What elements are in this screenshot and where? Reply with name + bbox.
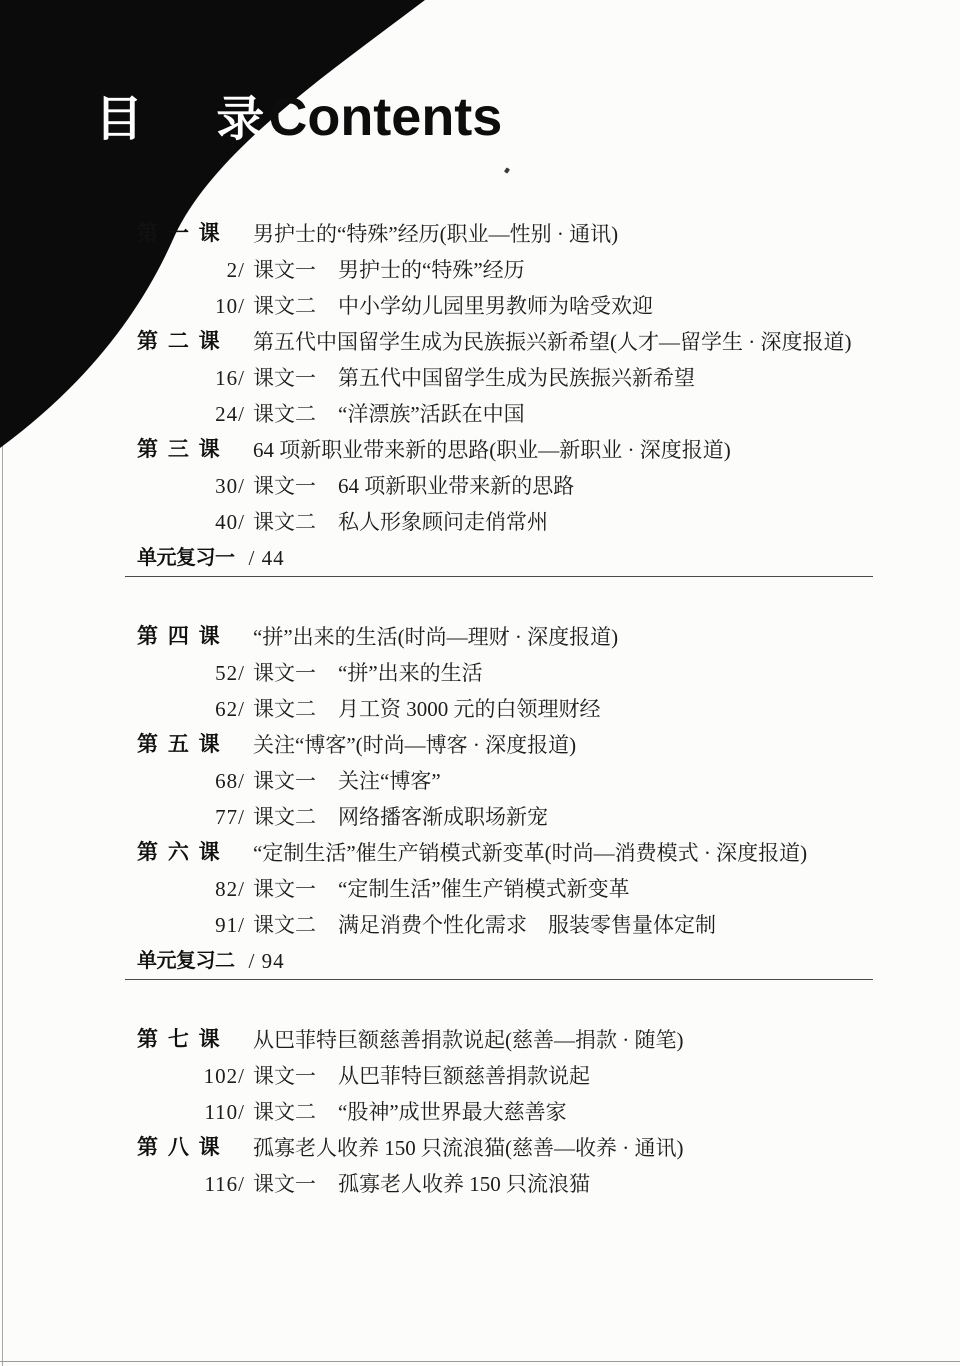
lesson-title: 第五代中国留学生成为民族振兴新希望(人才—留学生 · 深度报道) [253, 324, 851, 360]
text-label: 课文一 [253, 661, 316, 685]
text-row: 16/课文一第五代中国留学生成为民族振兴新希望 [137, 360, 897, 396]
text-row: 40/课文二私人形象顾问走俏常州 [137, 504, 897, 540]
lesson-number-label: 第 八 课 [137, 1130, 245, 1166]
unit-review-row: 单元复习一/ 44 [137, 540, 897, 576]
lesson-row: 第 五 课关注“博客”(时尚—博客 · 深度报道) [137, 727, 897, 763]
scan-edge-left [2, 438, 3, 1366]
text-entry: 课文二网络播客渐成职场新宠 [253, 799, 548, 835]
text-title: 中小学幼儿园里男教师为啥受欢迎 [338, 294, 653, 318]
text-label: 课文二 [253, 913, 316, 937]
page-number: 110/ [137, 1094, 245, 1130]
text-row: 77/课文二网络播客渐成职场新宠 [137, 799, 897, 835]
lesson-title: 男护士的“特殊”经历(职业—性别 · 通讯) [253, 216, 618, 252]
unit-review-page: / 44 [249, 540, 285, 576]
text-row: 110/课文二“股神”成世界最大慈善家 [137, 1094, 897, 1130]
text-entry: 课文一关注“博客” [253, 763, 441, 799]
lesson-row: 第 二 课第五代中国留学生成为民族振兴新希望(人才—留学生 · 深度报道) [137, 324, 897, 360]
text-entry: 课文二“股神”成世界最大慈善家 [253, 1094, 567, 1130]
scan-speck [504, 167, 510, 173]
text-title: 64 项新职业带来新的思路 [338, 474, 574, 498]
text-entry: 课文一男护士的“特殊”经历 [253, 252, 525, 288]
page-number: 116/ [137, 1166, 245, 1202]
page-title-chinese: 目 录 [95, 96, 294, 144]
page-number: 68/ [137, 763, 245, 799]
page-number: 91/ [137, 907, 245, 943]
text-title: 关注“博客” [338, 769, 441, 793]
page-number: 40/ [137, 504, 245, 540]
text-row: 30/课文一64 项新职业带来新的思路 [137, 468, 897, 504]
lesson-number-label: 第 四 课 [137, 619, 245, 655]
text-title: “股神”成世界最大慈善家 [338, 1100, 567, 1124]
page-number: 102/ [137, 1058, 245, 1094]
text-entry: 课文二私人形象顾问走俏常州 [253, 504, 548, 540]
unit-review-page: / 94 [249, 943, 285, 979]
lesson-title: “定制生活”催生产销模式新变革(时尚—消费模式 · 深度报道) [253, 835, 807, 871]
text-label: 课文一 [253, 1172, 316, 1196]
text-label: 课文二 [253, 1100, 316, 1124]
lesson-number-label: 第 六 课 [137, 835, 245, 871]
text-title: 满足消费个性化需求 服装零售量体定制 [338, 913, 716, 937]
lesson-row: 第 六 课“定制生活”催生产销模式新变革(时尚—消费模式 · 深度报道) [137, 835, 897, 871]
text-label: 课文二 [253, 805, 316, 829]
lesson-row: 第 四 课“拼”出来的生活(时尚—理财 · 深度报道) [137, 619, 897, 655]
page-number: 82/ [137, 871, 245, 907]
text-entry: 课文一从巴菲特巨额慈善捐款说起 [253, 1058, 590, 1094]
scan-edge-bottom [0, 1361, 960, 1362]
page-number: 30/ [137, 468, 245, 504]
text-entry: 课文一第五代中国留学生成为民族振兴新希望 [253, 360, 695, 396]
page-number: 16/ [137, 360, 245, 396]
text-row: 24/课文二“洋漂族”活跃在中国 [137, 396, 897, 432]
page-number: 62/ [137, 691, 245, 727]
text-label: 课文一 [253, 769, 316, 793]
text-title: “洋漂族”活跃在中国 [338, 402, 525, 426]
section-divider-line [125, 979, 873, 980]
text-row: 52/课文一“拼”出来的生活 [137, 655, 897, 691]
text-title: 第五代中国留学生成为民族振兴新希望 [338, 366, 695, 390]
lesson-title: 从巴菲特巨额慈善捐款说起(慈善—捐款 · 随笔) [253, 1022, 683, 1058]
lesson-number-label: 第 五 课 [137, 727, 245, 763]
lesson-title: 孤寡老人收养 150 只流浪猫(慈善—收养 · 通讯) [253, 1130, 683, 1166]
unit-review-row: 单元复习二/ 94 [137, 943, 897, 979]
text-label: 课文一 [253, 877, 316, 901]
page-title-english: Contents [268, 90, 502, 144]
page-number: 2/ [137, 252, 245, 288]
text-entry: 课文一64 项新职业带来新的思路 [253, 468, 574, 504]
lesson-title: “拼”出来的生活(时尚—理财 · 深度报道) [253, 619, 618, 655]
scanned-toc-page: { "colors": { "ink": "#1c1c1c", "corner_… [0, 0, 960, 1366]
text-row: 68/课文一关注“博客” [137, 763, 897, 799]
page-title: 目 录 Contents [95, 90, 502, 144]
lesson-number-label: 第 三 课 [137, 432, 245, 468]
page-number: 52/ [137, 655, 245, 691]
text-row: 62/课文二月工资 3000 元的白领理财经 [137, 691, 897, 727]
text-title: “定制生活”催生产销模式新变革 [338, 877, 630, 901]
text-label: 课文一 [253, 366, 316, 390]
toc-section: 第 七 课从巴菲特巨额慈善捐款说起(慈善—捐款 · 随笔)102/课文一从巴菲特… [137, 1022, 897, 1202]
lesson-row: 第 三 课64 项新职业带来新的思路(职业—新职业 · 深度报道) [137, 432, 897, 468]
text-title: 月工资 3000 元的白领理财经 [338, 697, 601, 721]
lesson-row: 第 七 课从巴菲特巨额慈善捐款说起(慈善—捐款 · 随笔) [137, 1022, 897, 1058]
text-label: 课文二 [253, 402, 316, 426]
text-label: 课文一 [253, 258, 316, 282]
text-row: 102/课文一从巴菲特巨额慈善捐款说起 [137, 1058, 897, 1094]
lesson-row: 第 八 课孤寡老人收养 150 只流浪猫(慈善—收养 · 通讯) [137, 1130, 897, 1166]
text-title: 孤寡老人收养 150 只流浪猫 [338, 1172, 590, 1196]
lesson-title: 64 项新职业带来新的思路(职业—新职业 · 深度报道) [253, 432, 731, 468]
toc-list: 第 一 课男护士的“特殊”经历(职业—性别 · 通讯)2/课文一男护士的“特殊”… [137, 216, 897, 1244]
text-row: 82/课文一“定制生活”催生产销模式新变革 [137, 871, 897, 907]
page-number: 10/ [137, 288, 245, 324]
lesson-title: 关注“博客”(时尚—博客 · 深度报道) [253, 727, 576, 763]
unit-review-label: 单元复习二 [137, 943, 235, 979]
text-entry: 课文一“定制生活”催生产销模式新变革 [253, 871, 630, 907]
lesson-row: 第 一 课男护士的“特殊”经历(职业—性别 · 通讯) [137, 216, 897, 252]
text-row: 2/课文一男护士的“特殊”经历 [137, 252, 897, 288]
text-entry: 课文二“洋漂族”活跃在中国 [253, 396, 525, 432]
text-entry: 课文二月工资 3000 元的白领理财经 [253, 691, 601, 727]
text-label: 课文二 [253, 510, 316, 534]
toc-section: 第 一 课男护士的“特殊”经历(职业—性别 · 通讯)2/课文一男护士的“特殊”… [137, 216, 897, 577]
text-row: 10/课文二中小学幼儿园里男教师为啥受欢迎 [137, 288, 897, 324]
text-title: “拼”出来的生活 [338, 661, 483, 685]
text-label: 课文二 [253, 697, 316, 721]
text-row: 91/课文二满足消费个性化需求 服装零售量体定制 [137, 907, 897, 943]
lesson-number-label: 第 一 课 [137, 216, 245, 252]
text-entry: 课文二满足消费个性化需求 服装零售量体定制 [253, 907, 716, 943]
toc-section: 第 四 课“拼”出来的生活(时尚—理财 · 深度报道)52/课文一“拼”出来的生… [137, 619, 897, 980]
page-number: 24/ [137, 396, 245, 432]
unit-review-label: 单元复习一 [137, 540, 235, 576]
section-divider-line [125, 576, 873, 577]
text-label: 课文二 [253, 294, 316, 318]
text-title: 网络播客渐成职场新宠 [338, 805, 548, 829]
text-title: 私人形象顾问走俏常州 [338, 510, 548, 534]
text-title: 男护士的“特殊”经历 [338, 258, 525, 282]
text-label: 课文一 [253, 1064, 316, 1088]
text-row: 116/课文一孤寡老人收养 150 只流浪猫 [137, 1166, 897, 1202]
lesson-number-label: 第 二 课 [137, 324, 245, 360]
page-number: 77/ [137, 799, 245, 835]
text-title: 从巴菲特巨额慈善捐款说起 [338, 1064, 590, 1088]
lesson-number-label: 第 七 课 [137, 1022, 245, 1058]
text-entry: 课文一“拼”出来的生活 [253, 655, 483, 691]
text-label: 课文一 [253, 474, 316, 498]
text-entry: 课文一孤寡老人收养 150 只流浪猫 [253, 1166, 590, 1202]
text-entry: 课文二中小学幼儿园里男教师为啥受欢迎 [253, 288, 653, 324]
